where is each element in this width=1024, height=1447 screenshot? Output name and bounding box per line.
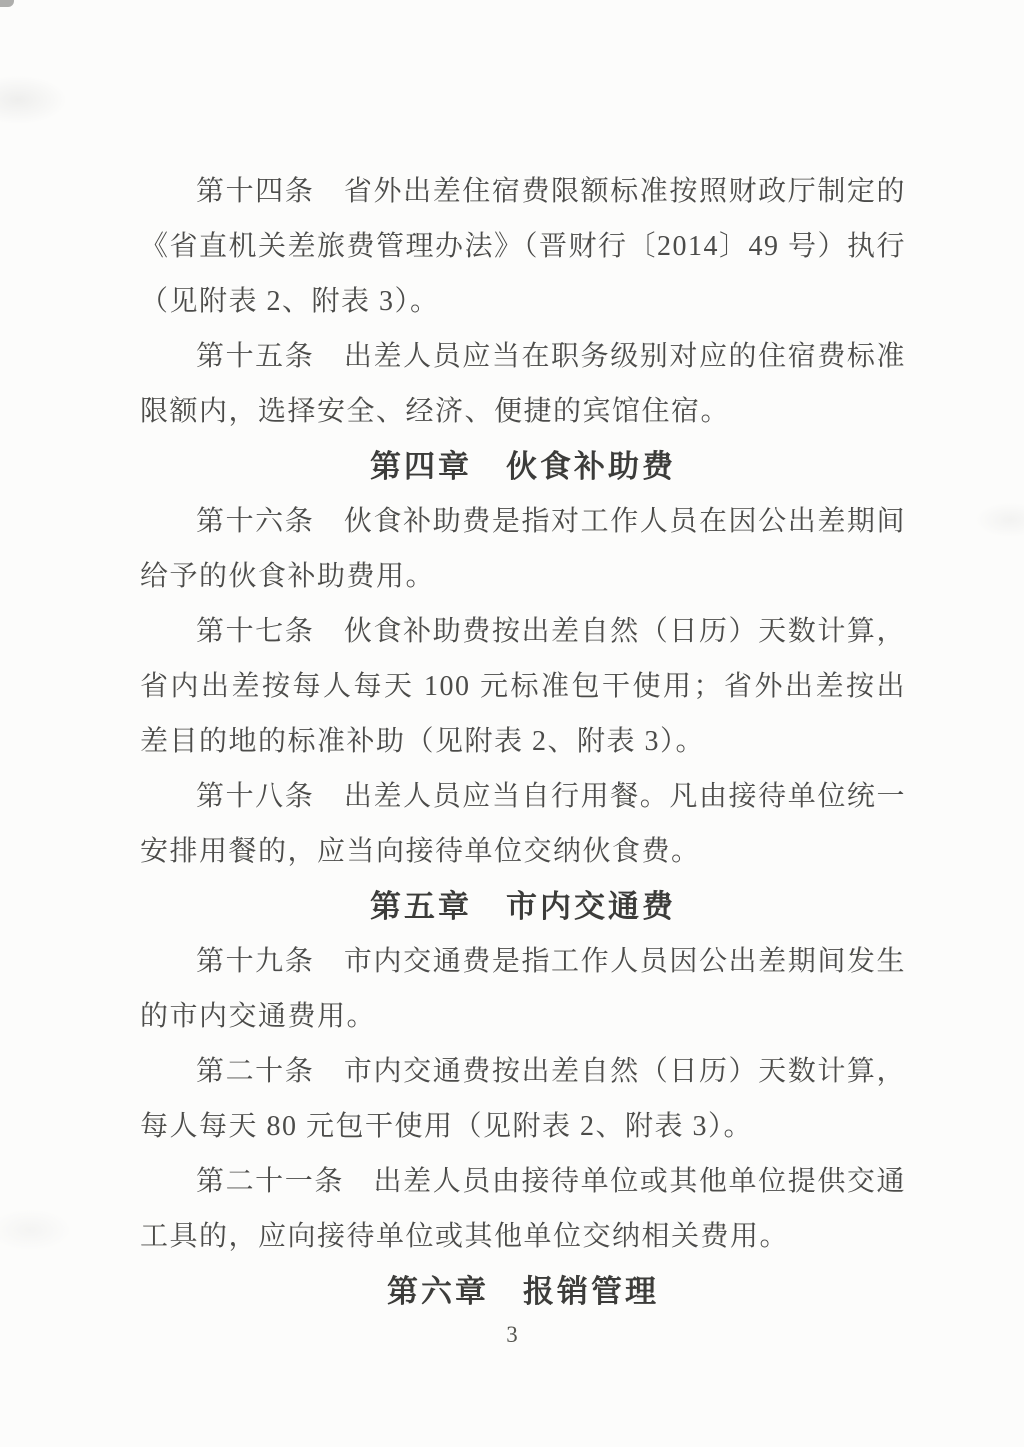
document-content: 第十四条 省外出差住宿费限额标准按照财政厅制定的《省直机关差旅费管理办法》（晋财… bbox=[140, 164, 906, 1319]
article-19-paragraph: 第十九条 市内交通费是指工作人员因公出差期间发生的市内交通费用。 bbox=[140, 934, 906, 1044]
article-17-paragraph: 第十七条 伙食补助费按出差自然（日历）天数计算，省内出差按每人每天 100 元标… bbox=[140, 604, 906, 769]
scan-artifact-top-left bbox=[0, 0, 14, 7]
chapter-6-heading: 第六章 报销管理 bbox=[140, 1264, 906, 1319]
article-15-paragraph: 第十五条 出差人员应当在职务级别对应的住宿费标准限额内，选择安全、经济、便捷的宾… bbox=[140, 329, 906, 439]
page-number: 3 bbox=[506, 1322, 518, 1347]
article-14-paragraph: 第十四条 省外出差住宿费限额标准按照财政厅制定的《省直机关差旅费管理办法》（晋财… bbox=[140, 164, 906, 329]
article-18-paragraph: 第十八条 出差人员应当自行用餐。凡由接待单位统一安排用餐的，应当向接待单位交纳伙… bbox=[140, 769, 906, 879]
article-20-paragraph: 第二十条 市内交通费按出差自然（日历）天数计算，每人每天 80 元包干使用（见附… bbox=[140, 1044, 906, 1154]
article-21-paragraph: 第二十一条 出差人员由接待单位或其他单位提供交通工具的，应向接待单位或其他单位交… bbox=[140, 1154, 906, 1264]
chapter-4-heading: 第四章 伙食补助费 bbox=[140, 439, 906, 494]
article-16-paragraph: 第十六条 伙食补助费是指对工作人员在因公出差期间给予的伙食补助费用。 bbox=[140, 494, 906, 604]
page-footer: 3 bbox=[0, 1322, 1024, 1348]
document-page: 第十四条 省外出差住宿费限额标准按照财政厅制定的《省直机关差旅费管理办法》（晋财… bbox=[0, 0, 1024, 1447]
chapter-5-heading: 第五章 市内交通费 bbox=[140, 879, 906, 934]
